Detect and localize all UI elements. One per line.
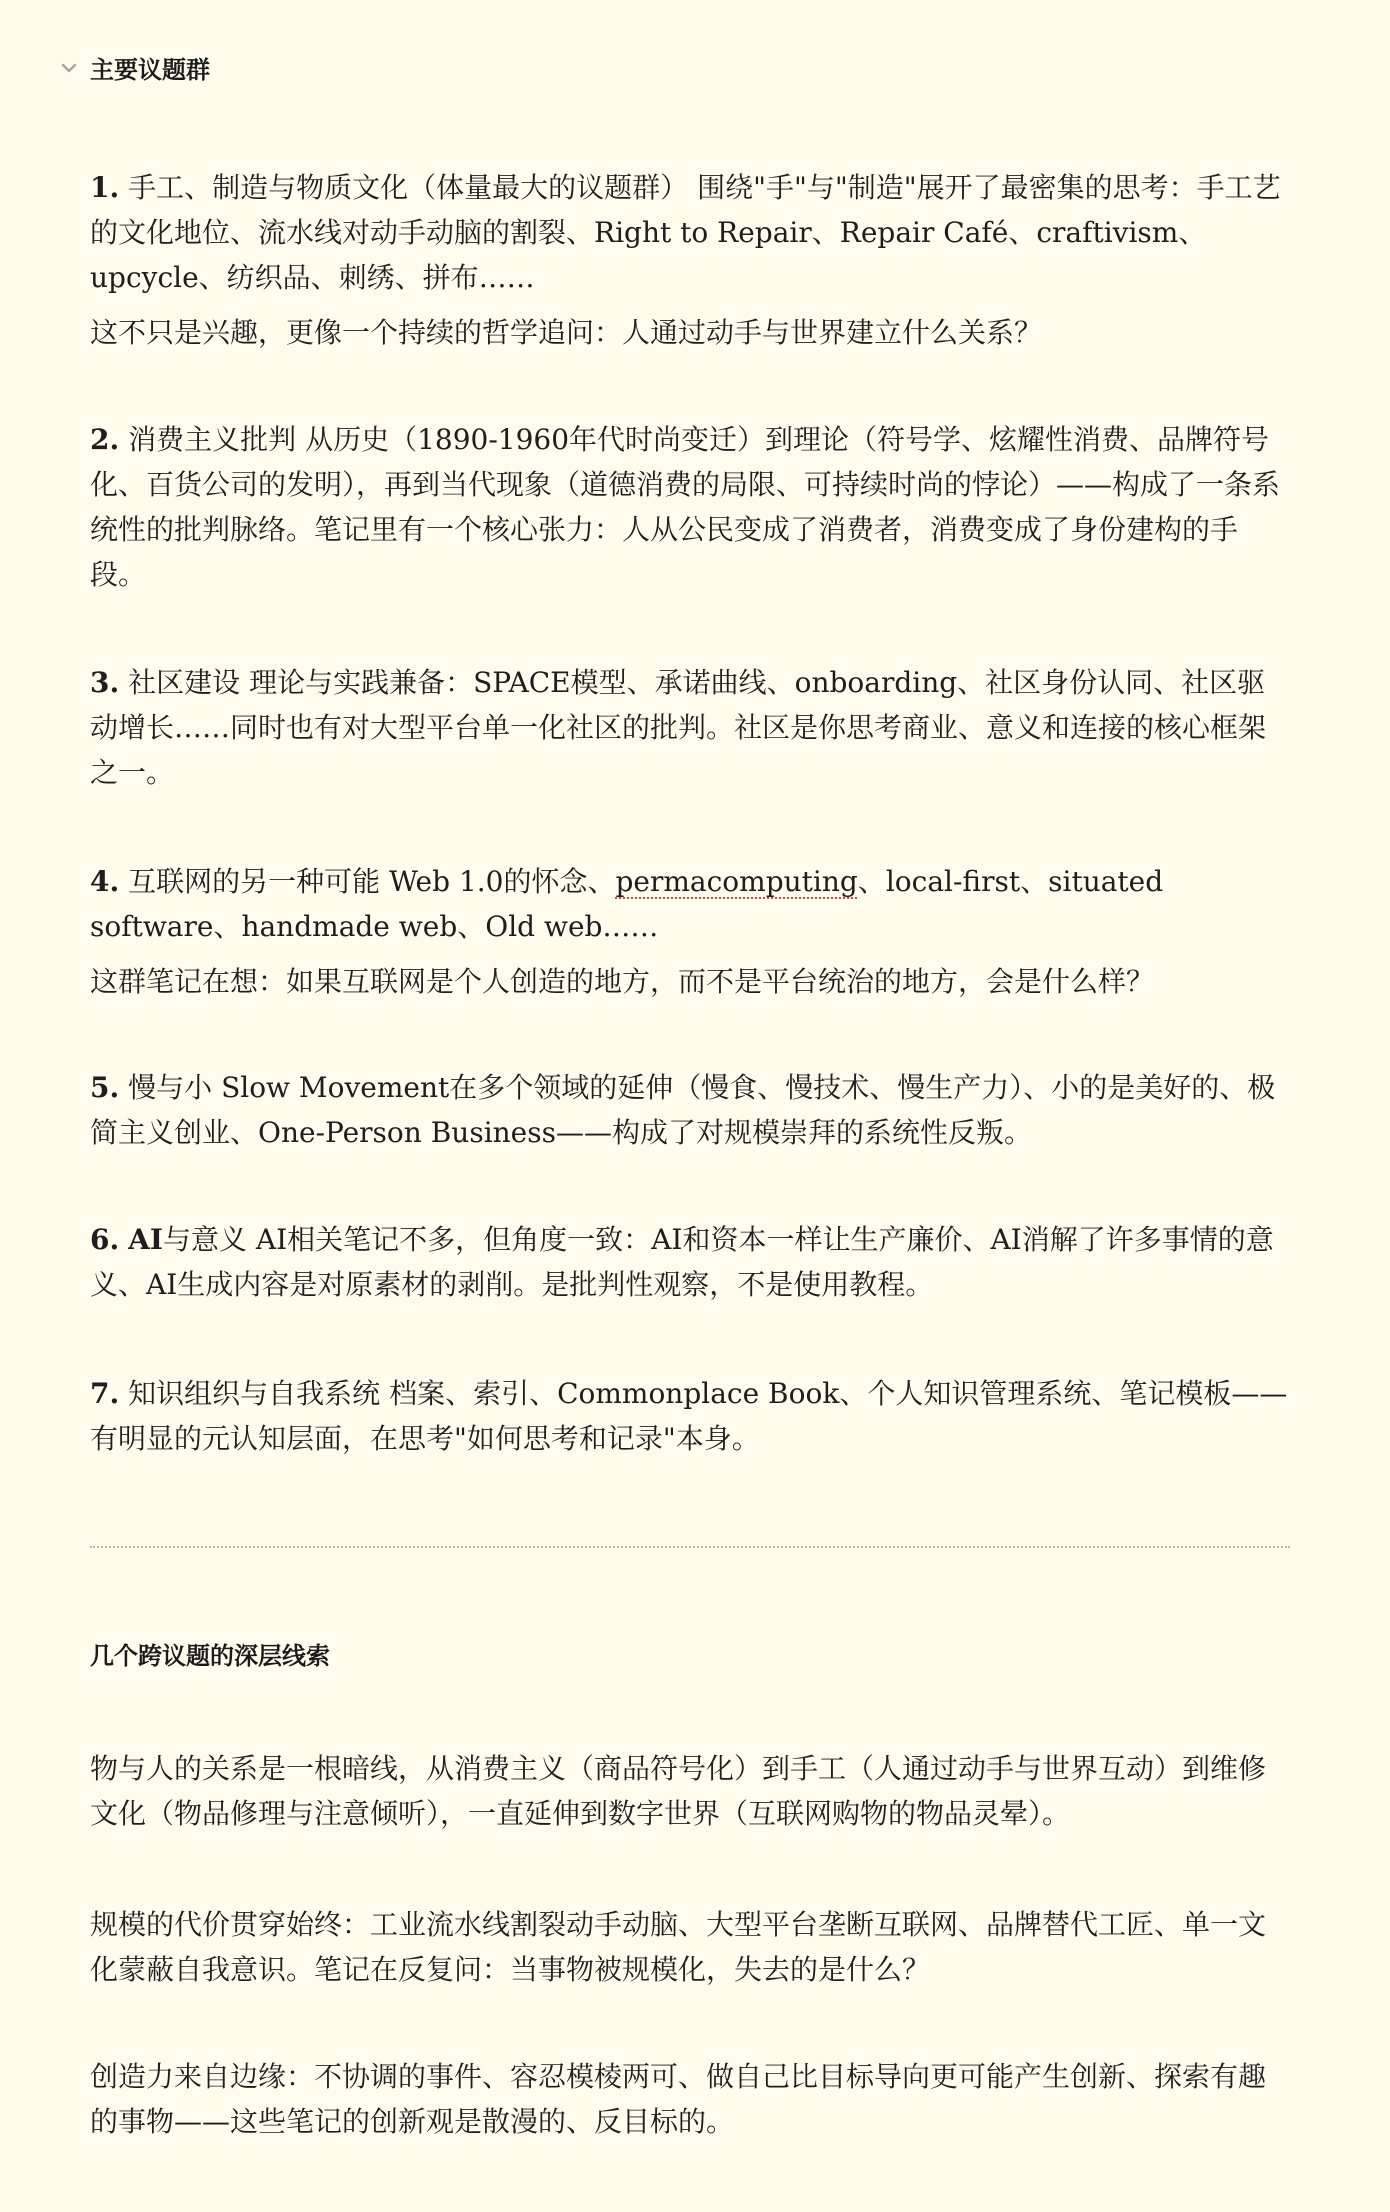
cluster-title-latin: AI [128,1223,163,1256]
cluster-5: 5. 慢与小 Slow Movement在多个领域的延伸（慢食、慢技术、慢生产力… [90,1065,1290,1155]
cluster-2: 2. 消费主义批判 从历史（1890-1960年代时尚变迁）到理论（符号学、炫耀… [90,417,1290,597]
cluster-number: 1. [90,171,119,204]
cluster-title: 社区建设 [128,666,240,699]
divider [90,1546,1290,1548]
spellcheck-flagged-word[interactable]: permacomputing [615,865,857,898]
cluster-title: 与意义 [163,1223,247,1256]
cluster-1: 1. 手工、制造与物质文化（体量最大的议题群） 围绕"手"与"制造"展开了最密集… [90,165,1290,355]
threads-heading: 几个跨议题的深层线索 [90,1636,330,1671]
cluster-title: 手工、制造与物质文化（体量最大的议题群） [128,171,688,204]
cluster-title: 知识组织与自我系统 [128,1377,380,1410]
cluster-body: Slow Movement在多个领域的延伸（慢食、慢技术、慢生产力）、小的是美好… [90,1071,1275,1149]
cluster-7: 7. 知识组织与自我系统 档案、索引、Commonplace Book、个人知识… [90,1371,1290,1461]
cluster-extra: 这群笔记在想：如果互联网是个人创造的地方，而不是平台统治的地方，会是什么样？ [90,959,1290,1004]
chevron-down-icon[interactable] [58,57,80,79]
cluster-number: 3. [90,666,119,699]
cluster-body: AI相关笔记不多，但角度一致：AI和资本一样让生产廉价、AI消解了许多事情的意义… [90,1223,1274,1301]
cluster-title: 互联网的另一种可能 [128,865,380,898]
toggle-heading[interactable]: 主要议题群 [58,50,210,85]
thread-item: 规模的代价贯穿始终：工业流水线割裂动手动脑、大型平台垄断互联网、品牌替代工匠、单… [90,1902,1290,1992]
cluster-number: 4. [90,865,119,898]
cluster-number: 5. [90,1071,119,1104]
cluster-number: 7. [90,1377,119,1410]
cluster-4: 4. 互联网的另一种可能 Web 1.0的怀念、permacomputing、l… [90,859,1290,1004]
cluster-3: 3. 社区建设 理论与实践兼备：SPACE模型、承诺曲线、onboarding、… [90,660,1290,795]
cluster-title: 消费主义批判 [128,423,296,456]
thread-item: 创造力来自边缘：不协调的事件、容忍模棱两可、做自己比目标导向更可能产生创新、探索… [90,2054,1290,2144]
toggle-title: 主要议题群 [90,50,210,85]
cluster-extra: 这不只是兴趣，更像一个持续的哲学追问：人通过动手与世界建立什么关系？ [90,310,1290,355]
cluster-number: 2. [90,423,119,456]
cluster-body: 理论与实践兼备：SPACE模型、承诺曲线、onboarding、社区身份认同、社… [90,666,1266,789]
thread-item: 物与人的关系是一根暗线，从消费主义（商品符号化）到手工（人通过动手与世界互动）到… [90,1746,1290,1836]
cluster-body: Web 1.0的怀念、 [389,865,615,898]
cluster-6: 6. AI与意义 AI相关笔记不多，但角度一致：AI和资本一样让生产廉价、AI消… [90,1217,1290,1307]
cluster-number: 6. [90,1223,119,1256]
cluster-title: 慢与小 [128,1071,212,1104]
